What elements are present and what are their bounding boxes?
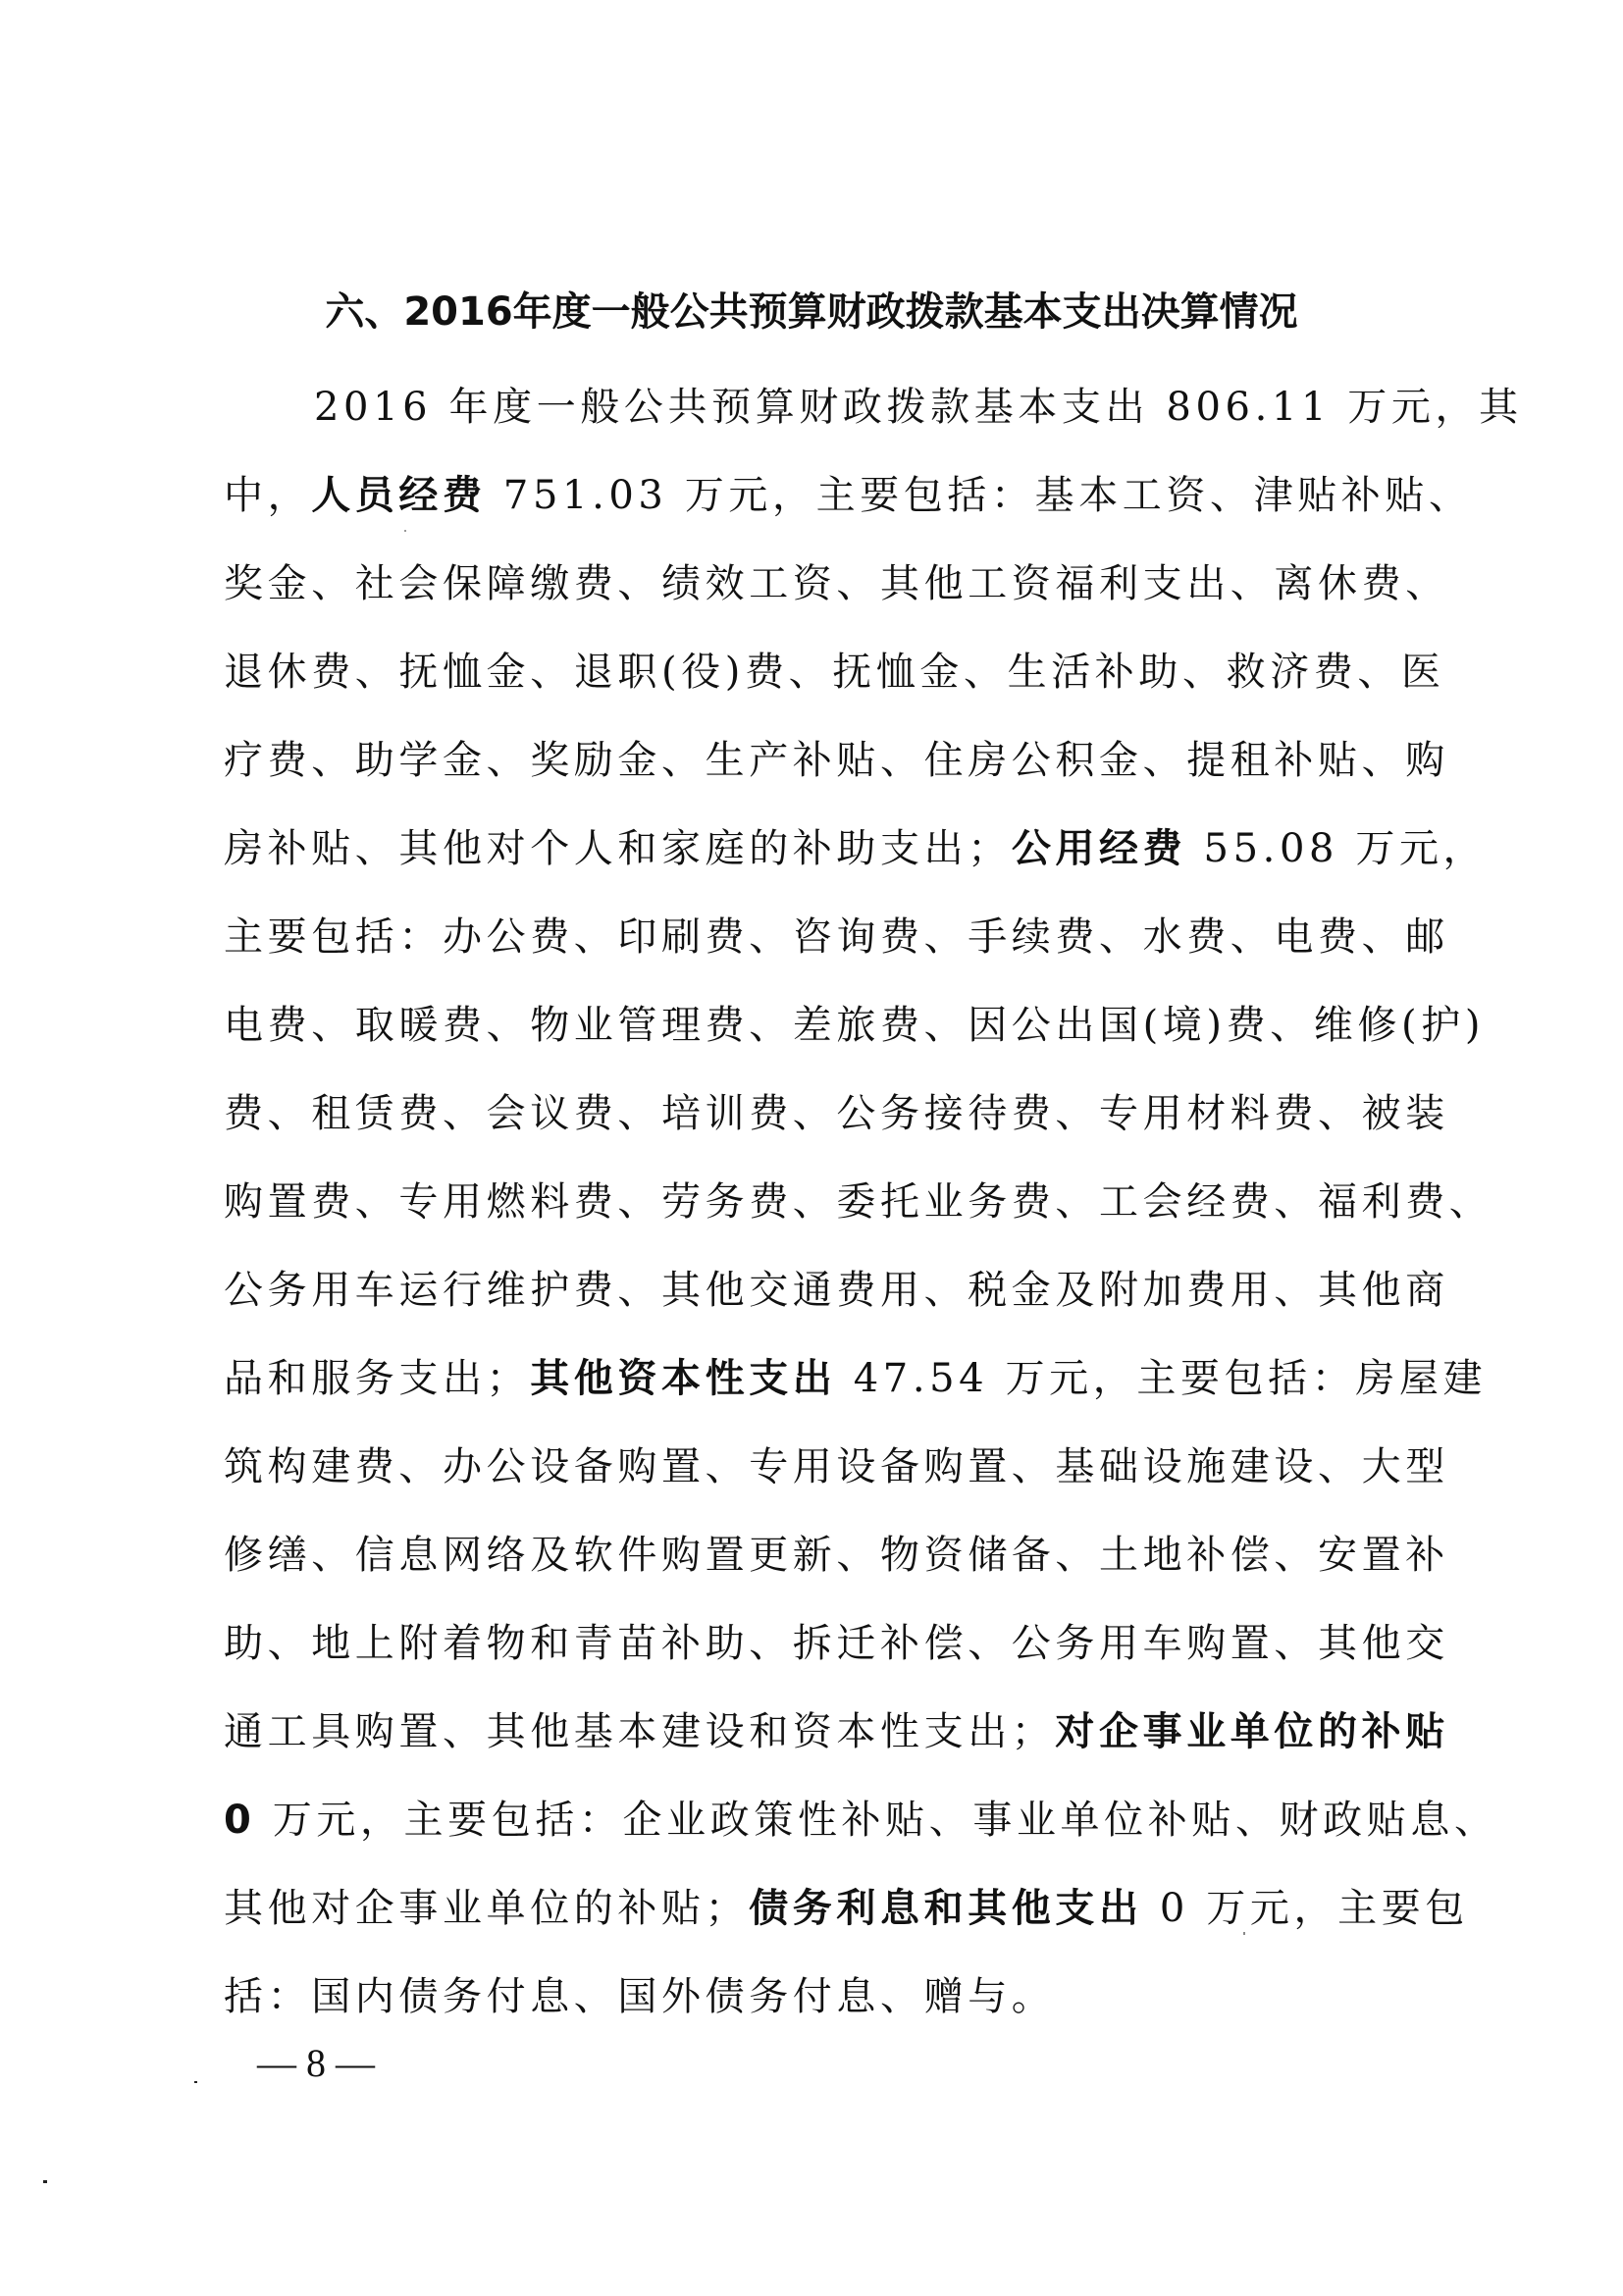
text-run: 万元，主要包括：企业政策性补贴、事业单位补贴、财政贴息、 [255,1798,1497,1843]
scan-speck [942,1549,944,1551]
bold-term: 债务利息和其他支出 [749,1886,1142,1931]
text-line: 2016 年度一般公共预算财政拨款基本支出 806.11 万元，其 [224,363,1433,451]
text-line: 公务用车运行维护费、其他交通费用、税金及附加费用、其他商 [224,1246,1433,1334]
bold-term: 0 [224,1798,255,1843]
page-number: — 8 — [257,2039,375,2088]
text-run: 房补贴、其他对个人和家庭的补助支出； [224,826,1012,871]
text-run: 0 万元，主要包 [1143,1886,1469,1931]
body-paragraph: 2016 年度一般公共预算财政拨款基本支出 806.11 万元，其中，人员经费 … [224,363,1433,2041]
bold-term: 人员经费 [311,473,486,518]
text-run: 奖金、社会保障缴费、绩效工资、其他工资福利支出、离休费、 [224,561,1449,606]
document-page: 六、2016年度一般公共预算财政拨款基本支出决算情况 2016 年度一般公共预算… [0,0,1623,2296]
text-run: 公务用车运行维护费、其他交通费用、税金及附加费用、其他商 [224,1268,1449,1313]
text-line: 中，人员经费 751.03 万元，主要包括：基本工资、津贴补贴、 [224,451,1433,540]
bold-term: 其他资本性支出 [530,1356,836,1401]
scan-speck [43,2180,47,2183]
scan-speck [194,2081,197,2083]
text-run: 修缮、信息网络及软件购置更新、物资储备、土地补偿、安置补 [224,1533,1449,1578]
text-run: 电费、取暖费、物业管理费、差旅费、因公出国(境)费、维修(护) [224,1003,1485,1048]
bold-term: 对企事业单位的补贴 [1055,1709,1448,1754]
text-run: 品和服务支出； [224,1356,530,1401]
text-run: 疗费、助学金、奖励金、生产补贴、住房公积金、提租补贴、购 [224,738,1449,783]
text-run: 主要包括：办公费、印刷费、咨询费、手续费、水费、电费、邮 [224,914,1449,960]
text-run: 55.08 万元， [1186,826,1487,871]
text-line: 括：国内债务付息、国外债务付息、赠与。 [224,1953,1433,2041]
bold-term: 公用经费 [1012,826,1186,871]
text-line: 修缮、信息网络及软件购置更新、物资储备、土地补偿、安置补 [224,1511,1433,1599]
text-line: 奖金、社会保障缴费、绩效工资、其他工资福利支出、离休费、 [224,540,1433,628]
text-run: 括：国内债务付息、国外债务付息、赠与。 [224,1974,1055,2019]
text-line: 购置费、专用燃料费、劳务费、委托业务费、工会经费、福利费、 [224,1158,1433,1246]
text-line: 疗费、助学金、奖励金、生产补贴、住房公积金、提租补贴、购 [224,716,1433,805]
text-run: 47.54 万元，主要包括：房屋建 [836,1356,1487,1401]
text-line: 其他对企事业单位的补贴；债务利息和其他支出 0 万元，主要包 [224,1864,1433,1953]
text-run: 中， [224,473,311,518]
text-line: 主要包括：办公费、印刷费、咨询费、手续费、水费、电费、邮 [224,893,1433,981]
text-run: 退休费、抚恤金、退职(役)费、抚恤金、生活补助、救济费、医 [224,650,1445,695]
text-line: 房补贴、其他对个人和家庭的补助支出；公用经费 55.08 万元， [224,805,1433,893]
text-run: 其他对企事业单位的补贴； [224,1886,749,1931]
text-run: 2016 年度一般公共预算财政拨款基本支出 806.11 万元，其 [314,385,1523,430]
section-title: 六、2016年度一般公共预算财政拨款基本支出决算情况 [0,285,1623,339]
text-line: 电费、取暖费、物业管理费、差旅费、因公出国(境)费、维修(护) [224,981,1433,1070]
text-line: 费、租赁费、会议费、培训费、公务接待费、专用材料费、被装 [224,1070,1433,1158]
text-run: 费、租赁费、会议费、培训费、公务接待费、专用材料费、被装 [224,1091,1449,1136]
text-line: 助、地上附着物和青苗补助、拆迁补偿、公务用车购置、其他交 [224,1599,1433,1688]
text-run: 通工具购置、其他基本建设和资本性支出； [224,1709,1055,1754]
text-line: 品和服务支出；其他资本性支出 47.54 万元，主要包括：房屋建 [224,1334,1433,1423]
text-line: 退休费、抚恤金、退职(役)费、抚恤金、生活补助、救济费、医 [224,628,1433,716]
text-line: 筑构建费、办公设备购置、专用设备购置、基础设施建设、大型 [224,1423,1433,1511]
text-run: 筑构建费、办公设备购置、专用设备购置、基础设施建设、大型 [224,1444,1449,1489]
text-run: 751.03 万元，主要包括：基本工资、津贴补贴、 [487,473,1473,518]
text-line: 0 万元，主要包括：企业政策性补贴、事业单位补贴、财政贴息、 [224,1776,1433,1864]
text-run: 助、地上附着物和青苗补助、拆迁补偿、公务用车购置、其他交 [224,1621,1449,1666]
text-run: 购置费、专用燃料费、劳务费、委托业务费、工会经费、福利费、 [224,1179,1492,1225]
scan-speck [404,530,406,532]
text-line: 通工具购置、其他基本建设和资本性支出；对企事业单位的补贴 [224,1688,1433,1776]
scan-speck [1243,1932,1245,1935]
